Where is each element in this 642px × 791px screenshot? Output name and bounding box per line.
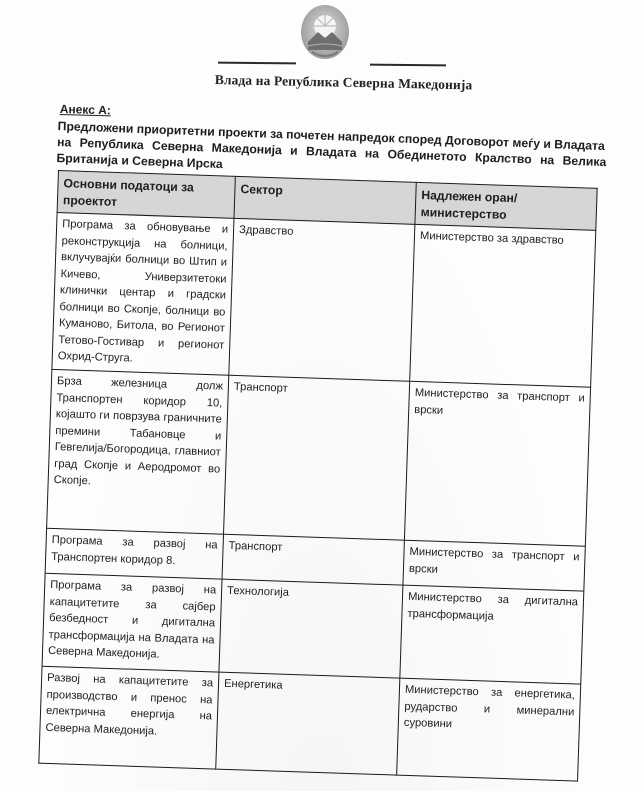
header-rule-right <box>370 64 446 67</box>
project-cell: Брза железница долж Транспортен коридор … <box>47 369 229 534</box>
project-cell: Програма за развој на Транспортен коридо… <box>45 528 223 579</box>
government-title: Влада на Република Северна Македонија <box>215 72 473 93</box>
sector-cell: Енергетика <box>216 672 400 775</box>
sector-cell: Транспорт <box>224 375 410 540</box>
projects-table-wrapper: Основни податоци за проектот Сектор Надл… <box>38 170 597 782</box>
authority-cell: Министерство за транспорт и врски <box>404 381 590 546</box>
header-rule-left <box>218 62 296 65</box>
authority-cell: Министерство за енергетика, рударство и … <box>397 678 581 781</box>
authority-cell: Министерство за дигитална трансформација <box>400 585 584 684</box>
authority-cell: Министерство за транспорт и врски <box>403 540 585 591</box>
table-row: Програма за развој на капацитетите за са… <box>42 573 584 684</box>
project-cell: Програма за развој на капацитетите за са… <box>42 573 222 672</box>
table-row: Развој на капацитетите за производство и… <box>39 666 581 781</box>
project-cell: Програма за обновување и реконструкција … <box>52 212 234 375</box>
authority-cell: Министерство за здравство <box>410 224 596 387</box>
projects-table: Основни податоци за проектот Сектор Надл… <box>38 170 597 782</box>
table-row: Програма за обновување и реконструкција … <box>52 212 596 387</box>
sector-cell: Транспорт <box>222 534 404 585</box>
document-page: Влада на Република Северна Македонија Ан… <box>0 0 642 791</box>
coat-of-arms-icon <box>298 2 352 60</box>
table-row: Брза железница долж Транспортен коридор … <box>47 369 591 546</box>
header-sector: Сектор <box>234 176 416 224</box>
annex-label: Анекс А: <box>60 102 111 117</box>
sector-cell: Технологија <box>219 579 403 678</box>
project-cell: Развој на капацитетите за производство и… <box>39 666 219 769</box>
sector-cell: Здравство <box>229 218 415 381</box>
header-project-info: Основни податоци за проектот <box>57 171 235 219</box>
header-authority: Надлежен оран/министерство <box>415 182 597 230</box>
